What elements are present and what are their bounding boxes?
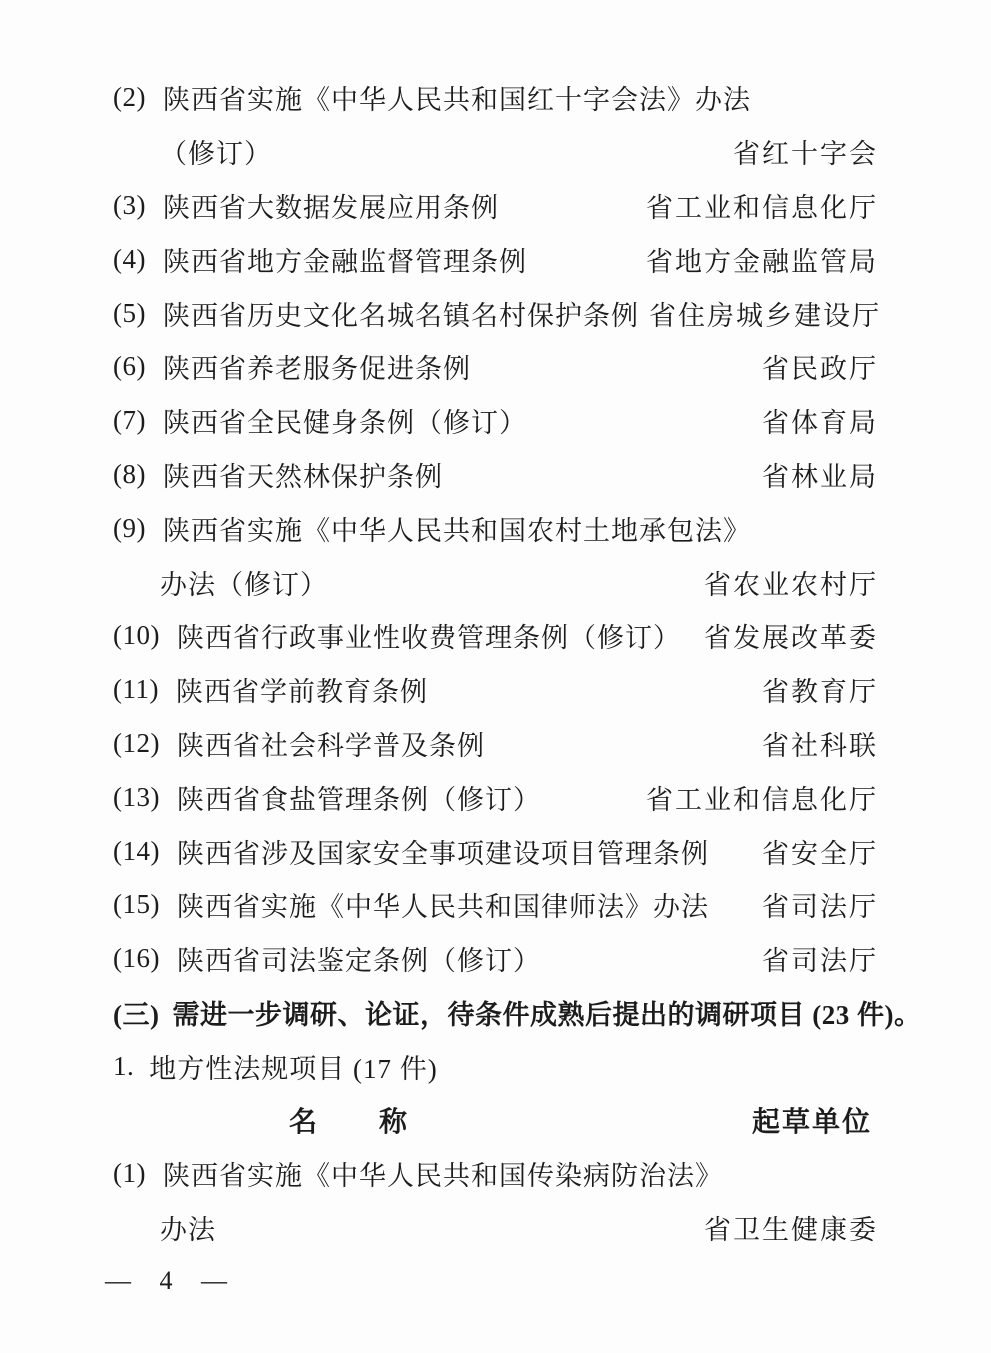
drafting-unit: 省体育局 [762,401,878,440]
column-header-unit: 起草单位 [752,1100,872,1140]
item-number: (4) [113,244,146,275]
regulation-row: (2)陕西省实施《中华人民共和国红十字会法》办法 [113,71,878,125]
regulation-name: 陕西省涉及国家安全事项建设项目管理条例 [177,832,709,871]
regulation-name: 陕西省养老服务促进条例 [163,347,471,386]
page-number: — 4 — [105,1255,878,1309]
drafting-unit: 省农业农村厅 [704,563,878,602]
section-number: (三) [113,993,159,1032]
item-number: (10) [113,620,160,651]
regulation-title-cell: (16)陕西省司法鉴定条例（修订） [113,939,541,978]
regulation-row: 办法省卫生健康委 [113,1201,878,1255]
drafting-unit: 省地方金融监管局 [646,240,878,279]
section-title: 需进一步调研、论证，待条件成熟后提出的调研项目 (23 件)。 [172,993,921,1032]
regulation-list-continued: (2)陕西省实施《中华人民共和国红十字会法》办法（修订）省红十字会(3)陕西省大… [113,71,878,986]
item-number: (1) [113,1158,146,1189]
item-number: (5) [113,298,146,329]
regulation-title-cell: 办法 [113,1208,216,1247]
drafting-unit: 省住房城乡建设厅 [649,294,881,333]
regulation-row: (15)陕西省实施《中华人民共和国律师法》办法省司法厅 [113,878,878,932]
regulation-name: 陕西省社会科学普及条例 [177,724,485,763]
subsection-number: 1. [113,1051,134,1082]
subsection-title: 地方性法规项目 (17 件) [149,1047,437,1086]
regulation-row: (7)陕西省全民健身条例（修订）省体育局 [113,394,878,448]
item-number: (13) [113,782,160,813]
drafting-unit: 省教育厅 [762,670,878,709]
drafting-unit: 省司法厅 [762,939,878,978]
item-number: (2) [113,82,146,113]
regulation-title-cell: (6)陕西省养老服务促进条例 [113,347,471,386]
regulation-name: 陕西省大数据发展应用条例 [163,186,499,225]
item-number: (8) [113,459,146,490]
item-number: (11) [113,674,159,705]
regulation-title-cell: （修订） [113,132,272,171]
regulation-title-cell: (8)陕西省天然林保护条例 [113,455,443,494]
regulation-row: 办法（修订）省农业农村厅 [113,555,878,609]
regulation-title-cell: (4)陕西省地方金融监督管理条例 [113,240,527,279]
section-heading: (三) 需进一步调研、论证，待条件成熟后提出的调研项目 (23 件)。 [113,986,878,1040]
regulation-name: 陕西省天然林保护条例 [163,455,443,494]
item-number: (16) [113,943,160,974]
regulation-title-cell: (2)陕西省实施《中华人民共和国红十字会法》办法 [113,78,751,117]
regulation-name: 陕西省实施《中华人民共和国传染病防治法》 [163,1154,723,1193]
drafting-unit: 省红十字会 [733,132,878,171]
regulation-name: 陕西省全民健身条例（修订） [163,401,527,440]
regulation-title-cell: 办法（修订） [113,563,328,602]
item-number: (7) [113,405,146,436]
column-header-name: 名 称 [289,1100,409,1140]
regulation-title-cell: (3)陕西省大数据发展应用条例 [113,186,499,225]
item-number: (6) [113,351,146,382]
drafting-unit: 省社科联 [762,724,878,763]
regulation-row: (11)陕西省学前教育条例省教育厅 [113,663,878,717]
regulation-row: (8)陕西省天然林保护条例省林业局 [113,448,878,502]
regulation-name: （修订） [160,132,272,171]
regulation-row: (10)陕西省行政事业性收费管理条例（修订）省发展改革委 [113,609,878,663]
regulation-name: 陕西省食盐管理条例（修订） [177,778,541,817]
regulation-row: (14)陕西省涉及国家安全事项建设项目管理条例省安全厅 [113,824,878,878]
regulation-title-cell: (10)陕西省行政事业性收费管理条例（修订） [113,616,681,655]
document-page: (2)陕西省实施《中华人民共和国红十字会法》办法（修订）省红十字会(3)陕西省大… [0,0,991,1353]
regulation-row: （修订）省红十字会 [113,125,878,179]
regulation-row: (13)陕西省食盐管理条例（修订）省工业和信息化厅 [113,770,878,824]
drafting-unit: 省林业局 [762,455,878,494]
item-number: (14) [113,836,160,867]
regulation-name: 陕西省实施《中华人民共和国农村土地承包法》 [163,509,751,548]
regulation-name: 陕西省实施《中华人民共和国律师法》办法 [177,885,709,924]
regulation-title-cell: (12)陕西省社会科学普及条例 [113,724,485,763]
table-header: 名 称 起草单位 [113,1093,878,1147]
drafting-unit: 省发展改革委 [704,616,878,655]
item-number: (3) [113,190,146,221]
subsection-heading: 1. 地方性法规项目 (17 件) [113,1039,878,1093]
drafting-unit: 省工业和信息化厅 [646,186,878,225]
regulation-name: 陕西省实施《中华人民共和国红十字会法》办法 [163,78,751,117]
regulation-row: (1)陕西省实施《中华人民共和国传染病防治法》 [113,1147,878,1201]
regulation-name: 陕西省学前教育条例 [176,670,428,709]
drafting-unit: 省工业和信息化厅 [646,778,878,817]
regulation-row: (9)陕西省实施《中华人民共和国农村土地承包法》 [113,501,878,555]
regulation-list-local: (1)陕西省实施《中华人民共和国传染病防治法》办法省卫生健康委 [113,1147,878,1255]
regulation-title-cell: (9)陕西省实施《中华人民共和国农村土地承包法》 [113,509,751,548]
regulation-name: 陕西省地方金融监督管理条例 [163,240,527,279]
regulation-title-cell: (5)陕西省历史文化名城名镇名村保护条例 [113,294,639,333]
drafting-unit: 省司法厅 [762,885,878,924]
regulation-row: (3)陕西省大数据发展应用条例省工业和信息化厅 [113,179,878,233]
drafting-unit: 省安全厅 [762,832,878,871]
regulation-title-cell: (1)陕西省实施《中华人民共和国传染病防治法》 [113,1154,723,1193]
regulation-name: 陕西省行政事业性收费管理条例（修订） [177,616,681,655]
regulation-title-cell: (7)陕西省全民健身条例（修订） [113,401,527,440]
regulation-title-cell: (15)陕西省实施《中华人民共和国律师法》办法 [113,885,709,924]
regulation-row: (6)陕西省养老服务促进条例省民政厅 [113,340,878,394]
regulation-row: (12)陕西省社会科学普及条例省社科联 [113,717,878,771]
item-number: (9) [113,513,146,544]
regulation-title-cell: (13)陕西省食盐管理条例（修订） [113,778,541,817]
document-body: (2)陕西省实施《中华人民共和国红十字会法》办法（修订）省红十字会(3)陕西省大… [0,0,991,1308]
drafting-unit: 省卫生健康委 [704,1208,878,1247]
drafting-unit: 省民政厅 [762,347,878,386]
regulation-row: (16)陕西省司法鉴定条例（修订）省司法厅 [113,932,878,986]
regulation-row: (4)陕西省地方金融监督管理条例省地方金融监管局 [113,232,878,286]
regulation-name: 陕西省历史文化名城名镇名村保护条例 [163,294,639,333]
regulation-name: 办法 [160,1208,216,1247]
regulation-name: 陕西省司法鉴定条例（修订） [177,939,541,978]
regulation-title-cell: (11)陕西省学前教育条例 [113,670,428,709]
regulation-name: 办法（修订） [160,563,328,602]
item-number: (12) [113,728,160,759]
item-number: (15) [113,889,160,920]
regulation-title-cell: (14)陕西省涉及国家安全事项建设项目管理条例 [113,832,709,871]
regulation-row: (5)陕西省历史文化名城名镇名村保护条例省住房城乡建设厅 [113,286,878,340]
